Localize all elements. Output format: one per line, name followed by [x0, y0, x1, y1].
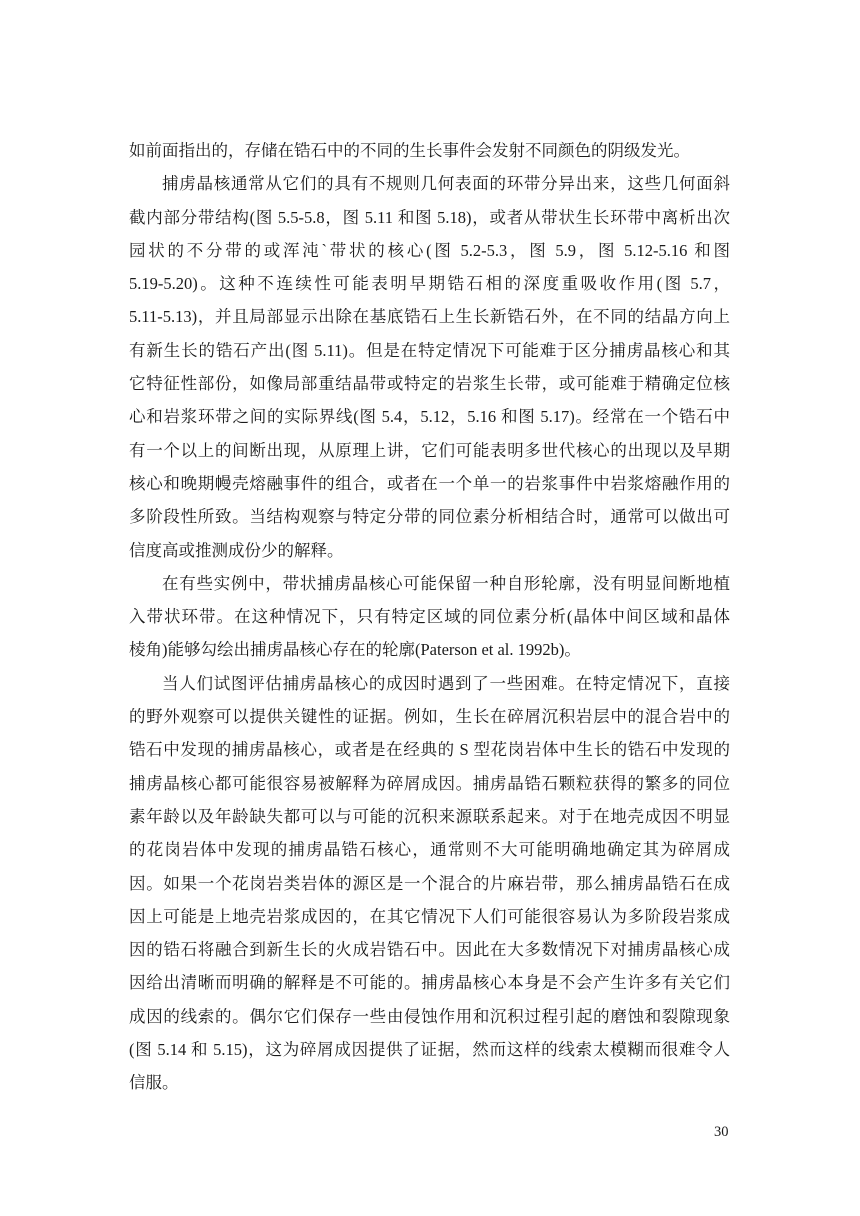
text-line: 锆石中发现的捕虏晶核心，或者是在经典的 S 型花岗岩体中生长的锆石中发现的: [129, 733, 730, 766]
text-line: 入带状环带。在这种情况下，只有特定区域的同位素分析(晶体中间区域和晶体: [129, 600, 730, 633]
text-line: 的野外观察可以提供关键性的证据。例如，生长在碎屑沉积岩层中的混合岩中的: [129, 700, 730, 733]
text-line: 棱角)能够勾绘出捕虏晶核心存在的轮廓(Paterson et al. 1992b…: [129, 633, 730, 666]
text-line: 多阶段性所致。当结构观察与特定分带的同位素分析相结合时，通常可以做出可: [129, 500, 730, 533]
paragraph: 捕虏晶核通常从它们的具有不规则几何表面的环带分异出来，这些几何面斜截内部分带结构…: [129, 167, 730, 567]
text-line: 截内部分带结构(图 5.5-5.8，图 5.11 和图 5.18)，或者从带状生…: [129, 201, 730, 234]
text-line: 捕虏晶核心都可能很容易被解释为碎屑成因。捕虏晶锆石颗粒获得的繁多的同位: [129, 767, 730, 800]
text-line: 当人们试图评估捕虏晶核心的成因时遇到了一些困难。在特定情况下，直接: [129, 667, 730, 700]
text-line: 的花岗岩体中发现的捕虏晶锆石核心，通常则不大可能明确地确定其为碎屑成: [129, 833, 730, 866]
text-line: 园状的不分带的或浑沌`带状的核心(图 5.2-5.3，图 5.9，图 5.12-…: [129, 234, 730, 267]
text-line: 5.11-5.13)，并且局部显示出除在基底锆石上生长新锆石外，在不同的结晶方向…: [129, 300, 730, 333]
text-line: 因上可能是上地壳岩浆成因的，在其它情况下人们可能很容易认为多阶段岩浆成: [129, 900, 730, 933]
document-body: 如前面指出的，存储在锆石中的不同的生长事件会发射不同颜色的阴级发光。捕虏晶核通常…: [129, 134, 730, 1100]
text-line: 信度高或推测成份少的解释。: [129, 534, 730, 567]
text-line: 因。如果一个花岗岩类岩体的源区是一个混合的片麻岩带，那么捕虏晶锆石在成: [129, 867, 730, 900]
text-line: 如前面指出的，存储在锆石中的不同的生长事件会发射不同颜色的阴级发光。: [129, 134, 730, 167]
paragraph: 如前面指出的，存储在锆石中的不同的生长事件会发射不同颜色的阴级发光。: [129, 134, 730, 167]
text-line: 有新生长的锆石产出(图 5.11)。但是在特定情况下可能难于区分捕虏晶核心和其: [129, 334, 730, 367]
text-line: 有一个以上的间断出现，从原理上讲，它们可能表明多世代核心的出现以及早期: [129, 434, 730, 467]
text-line: (图 5.14 和 5.15)，这为碎屑成因提供了证据，然而这样的线索太模糊而很…: [129, 1033, 730, 1066]
paragraph: 在有些实例中，带状捕虏晶核心可能保留一种自形轮廓，没有明显间断地植入带状环带。在…: [129, 567, 730, 667]
text-line: 核心和晚期幔壳熔融事件的组合，或者在一个单一的岩浆事件中岩浆熔融作用的: [129, 467, 730, 500]
text-line: 因的锆石将融合到新生长的火成岩锆石中。因此在大多数情况下对捕虏晶核心成: [129, 933, 730, 966]
text-line: 捕虏晶核通常从它们的具有不规则几何表面的环带分异出来，这些几何面斜: [129, 167, 730, 200]
paragraph: 当人们试图评估捕虏晶核心的成因时遇到了一些困难。在特定情况下，直接的野外观察可以…: [129, 667, 730, 1100]
text-line: 它特征性部份，如像局部重结晶带或特定的岩浆生长带，或可能难于精确定位核: [129, 367, 730, 400]
text-line: 在有些实例中，带状捕虏晶核心可能保留一种自形轮廓，没有明显间断地植: [129, 567, 730, 600]
page-number: 30: [714, 1123, 729, 1141]
text-line: 5.19-5.20)。这种不连续性可能表明早期锆石相的深度重吸收作用(图 5.7…: [129, 267, 730, 300]
text-line: 成因的线索的。偶尔它们保存一些由侵蚀作用和沉积过程引起的磨蚀和裂隙现象: [129, 1000, 730, 1033]
document-page: 如前面指出的，存储在锆石中的不同的生长事件会发射不同颜色的阴级发光。捕虏晶核通常…: [0, 0, 860, 1216]
text-line: 心和岩浆环带之间的实际界线(图 5.4，5.12，5.16 和图 5.17)。经…: [129, 400, 730, 433]
text-line: 信服。: [129, 1066, 730, 1099]
text-line: 素年龄以及年龄缺失都可以与可能的沉积来源联系起来。对于在地壳成因不明显: [129, 800, 730, 833]
text-line: 因给出清晰而明确的解释是不可能的。捕虏晶核心本身是不会产生许多有关它们: [129, 966, 730, 999]
